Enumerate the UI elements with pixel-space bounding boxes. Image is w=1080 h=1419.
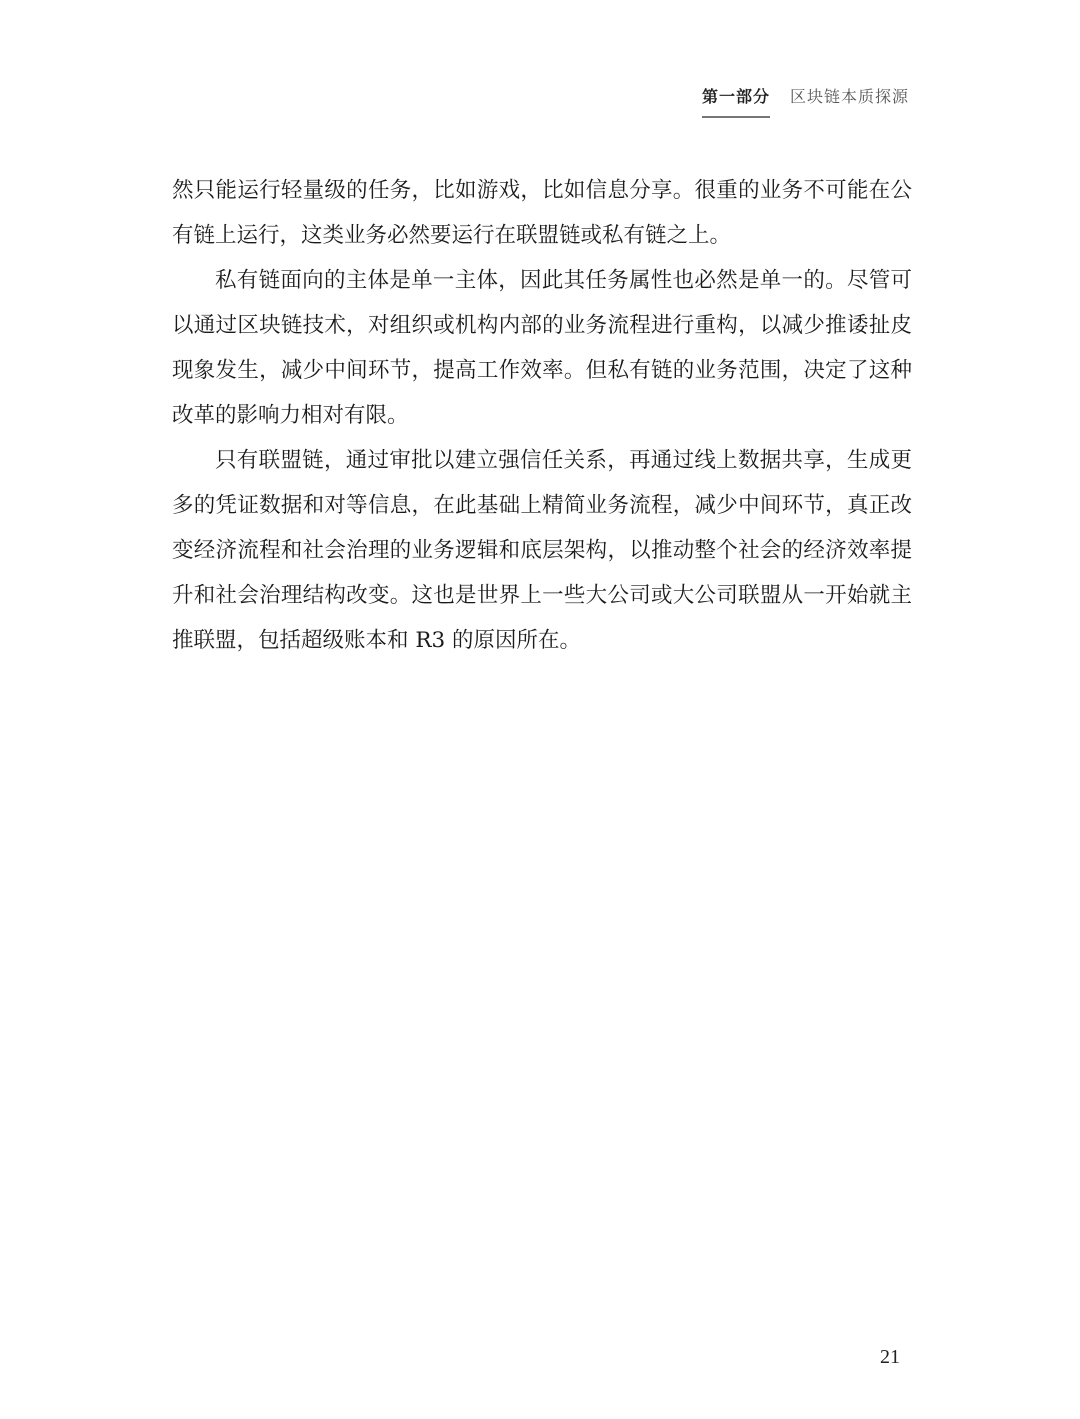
paragraph-1: 然只能运行轻量级的任务，比如游戏，比如信息分享。很重的业务不可能在公有链上运行，… <box>172 168 912 258</box>
page-number: 21 <box>880 1346 900 1369</box>
header-underline-divider <box>702 116 770 118</box>
header-section-title: 区块链本质探源 <box>790 84 909 107</box>
header-part-label: 第一部分 <box>702 84 770 107</box>
paragraph-2: 私有链面向的主体是单一主体，因此其任务属性也必然是单一的。尽管可以通过区块链技术… <box>172 258 912 438</box>
paragraph-3: 只有联盟链，通过审批以建立强信任关系，再通过线上数据共享，生成更多的凭证数据和对… <box>172 438 912 663</box>
body-text: 然只能运行轻量级的任务，比如游戏，比如信息分享。很重的业务不可能在公有链上运行，… <box>172 168 912 663</box>
running-header: 第一部分 区块链本质探源 <box>702 84 909 107</box>
